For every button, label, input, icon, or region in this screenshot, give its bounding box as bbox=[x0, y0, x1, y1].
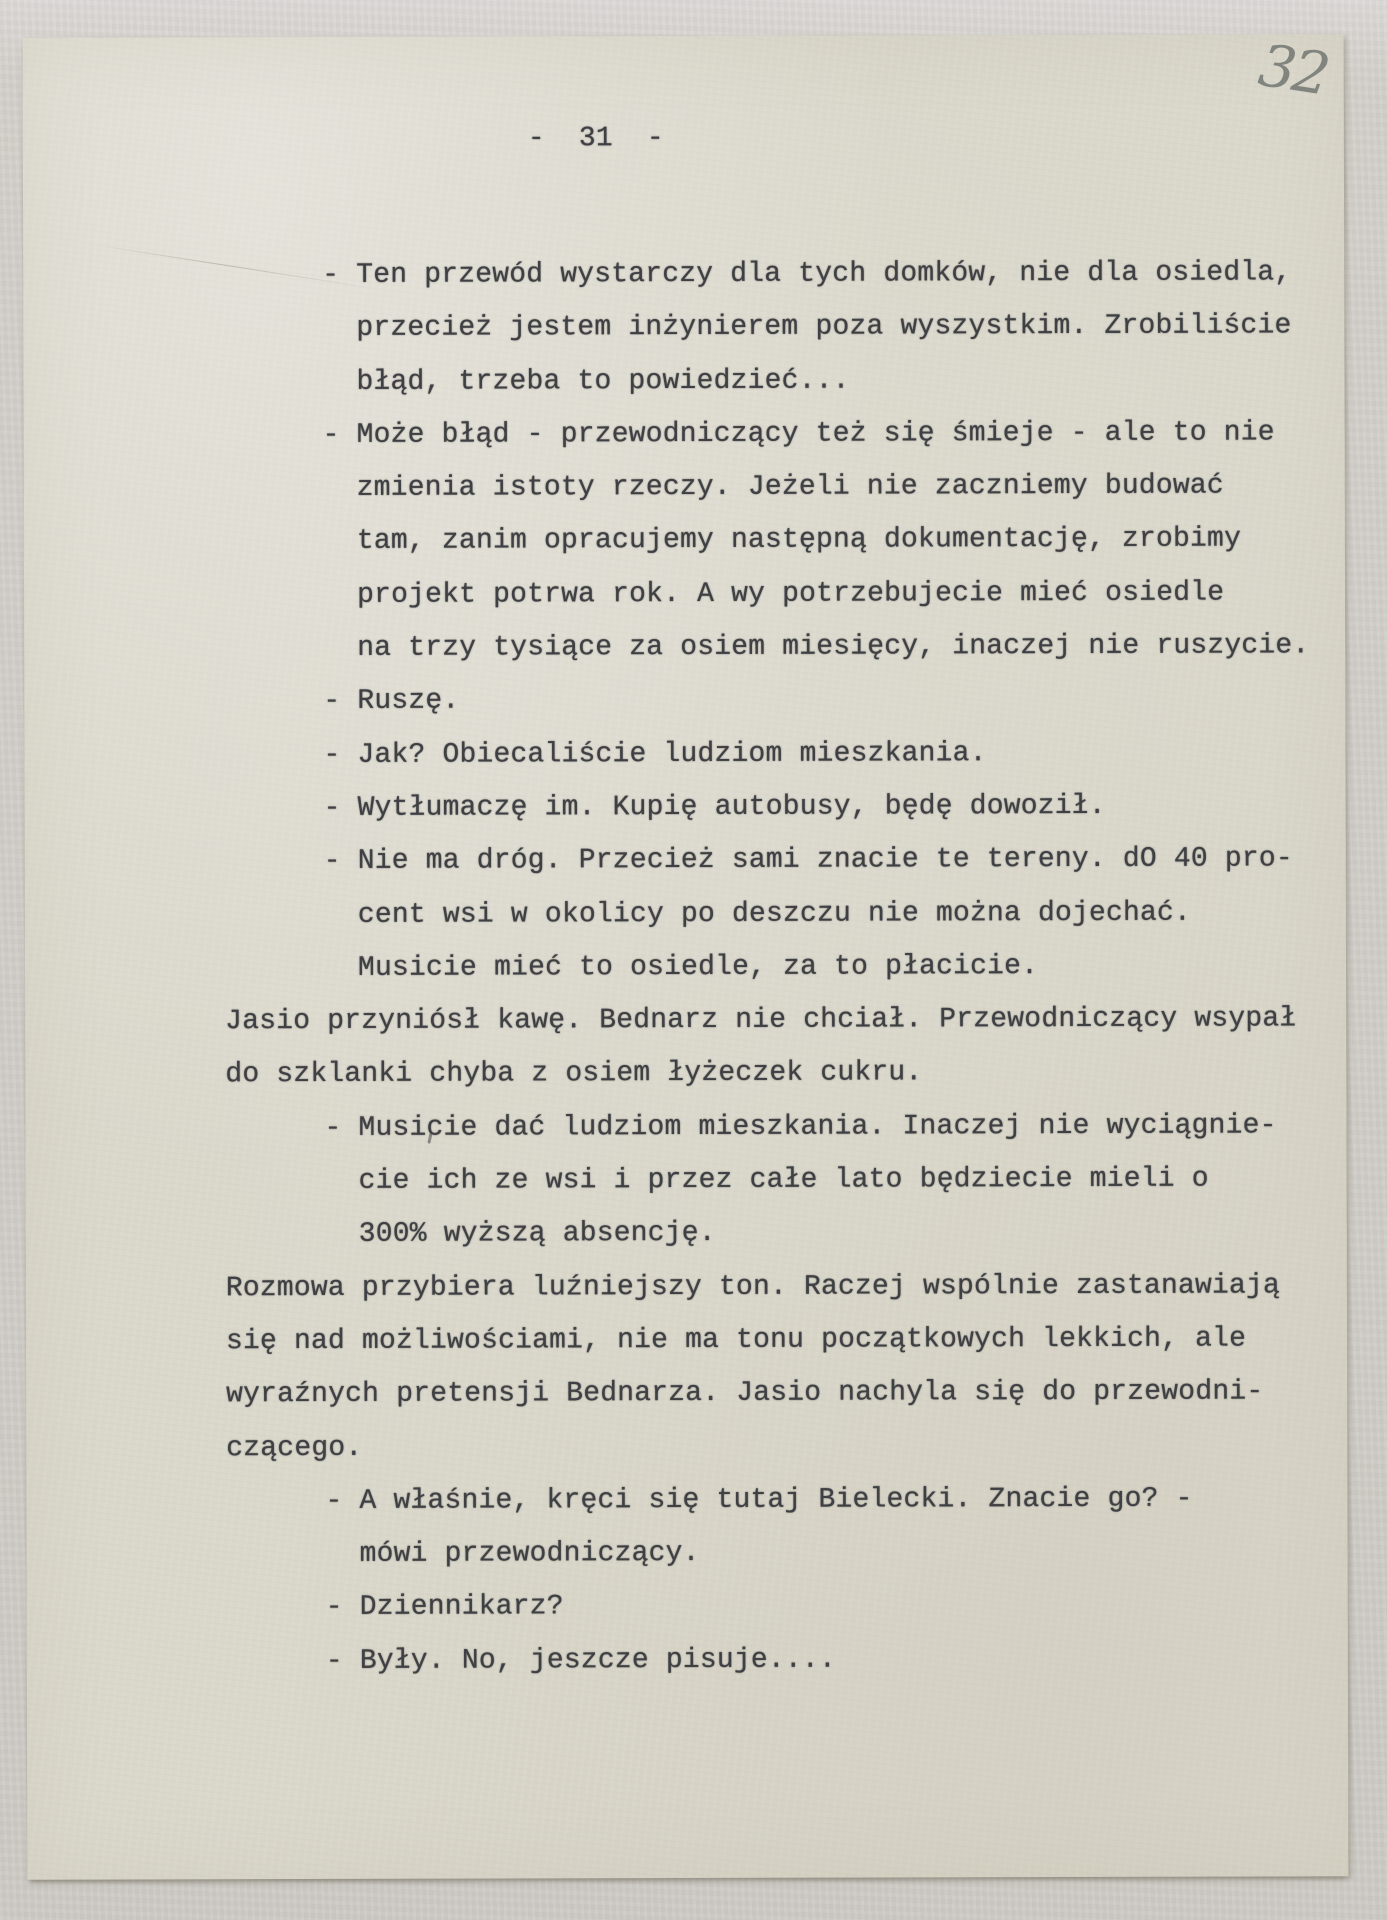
paper-sheet: - 31 - 32 - Ten przewód wystarczy dla ty… bbox=[23, 34, 1349, 1879]
typed-line: - Jak? Obiecaliście ludziom mieszkania. bbox=[224, 726, 1334, 782]
typed-line: - Wytłumaczę im. Kupię autobusy, będę do… bbox=[225, 779, 1335, 835]
typed-line: 300% wyższą absencję. bbox=[226, 1206, 1336, 1262]
typed-line: - Dziennikarz? bbox=[227, 1579, 1337, 1635]
typed-line: cent wsi w okolicy po deszczu nie można … bbox=[225, 886, 1335, 942]
handwritten-page-number-text: 32 bbox=[1254, 31, 1332, 109]
typed-line: tam, zanim opracujemy następną dokumenta… bbox=[224, 513, 1334, 569]
typed-line: - Były. No, jeszcze pisuje.... bbox=[227, 1632, 1337, 1688]
typed-line: zmienia istoty rzeczy. Jeżeli nie zaczni… bbox=[224, 459, 1334, 515]
typed-text: - Ten przewód wystarczy dla tych domków,… bbox=[223, 246, 1337, 1688]
typed-line: - Ten przewód wystarczy dla tych domków,… bbox=[223, 246, 1333, 302]
typed-line: przecież jestem inżynierem poza wyszystk… bbox=[223, 300, 1333, 356]
typed-line: czącego. bbox=[226, 1419, 1336, 1475]
typed-line: Rozmowa przybiera luźniejszy ton. Raczej… bbox=[226, 1259, 1336, 1315]
typed-line: wyraźnych pretensji Bednarza. Jasio nach… bbox=[226, 1366, 1336, 1422]
typed-line: Jasio przyniósł kawę. Bednarz nie chciał… bbox=[225, 992, 1335, 1048]
typed-line: cie ich ze wsi i przez całe lato będziec… bbox=[226, 1152, 1336, 1208]
typed-line: - A właśnie, kręci się tutaj Bielecki. Z… bbox=[226, 1472, 1336, 1528]
typed-line: na trzy tysiące za osiem miesięcy, inacz… bbox=[224, 619, 1334, 675]
typed-line: się nad możliwościami, nie ma tonu począ… bbox=[226, 1312, 1336, 1368]
typed-line: do szklanki chyba z osiem łyżeczek cukru… bbox=[225, 1046, 1335, 1102]
typed-line: Musicie mieć to osiedle, za to płacicie. bbox=[225, 939, 1335, 995]
typed-line: - Ruszę. bbox=[224, 673, 1334, 729]
typed-page-number: - 31 - bbox=[528, 122, 664, 156]
handwritten-page-number: 32 bbox=[1247, 28, 1348, 119]
typed-line: błąd, trzeba to powiedzieć... bbox=[223, 353, 1333, 409]
typed-line: - Musicie dać ludziom mieszkania. Inacze… bbox=[225, 1099, 1335, 1155]
scan-background: - 31 - 32 - Ten przewód wystarczy dla ty… bbox=[0, 0, 1387, 1920]
typed-line: - Może błąd - przewodniczący też się śmi… bbox=[224, 406, 1334, 462]
typed-line: - Nie ma dróg. Przecież sami znacie te t… bbox=[225, 833, 1335, 889]
typed-line: mówi przewodniczący. bbox=[226, 1525, 1336, 1581]
typed-line: projekt potrwa rok. A wy potrzebujecie m… bbox=[224, 566, 1334, 622]
